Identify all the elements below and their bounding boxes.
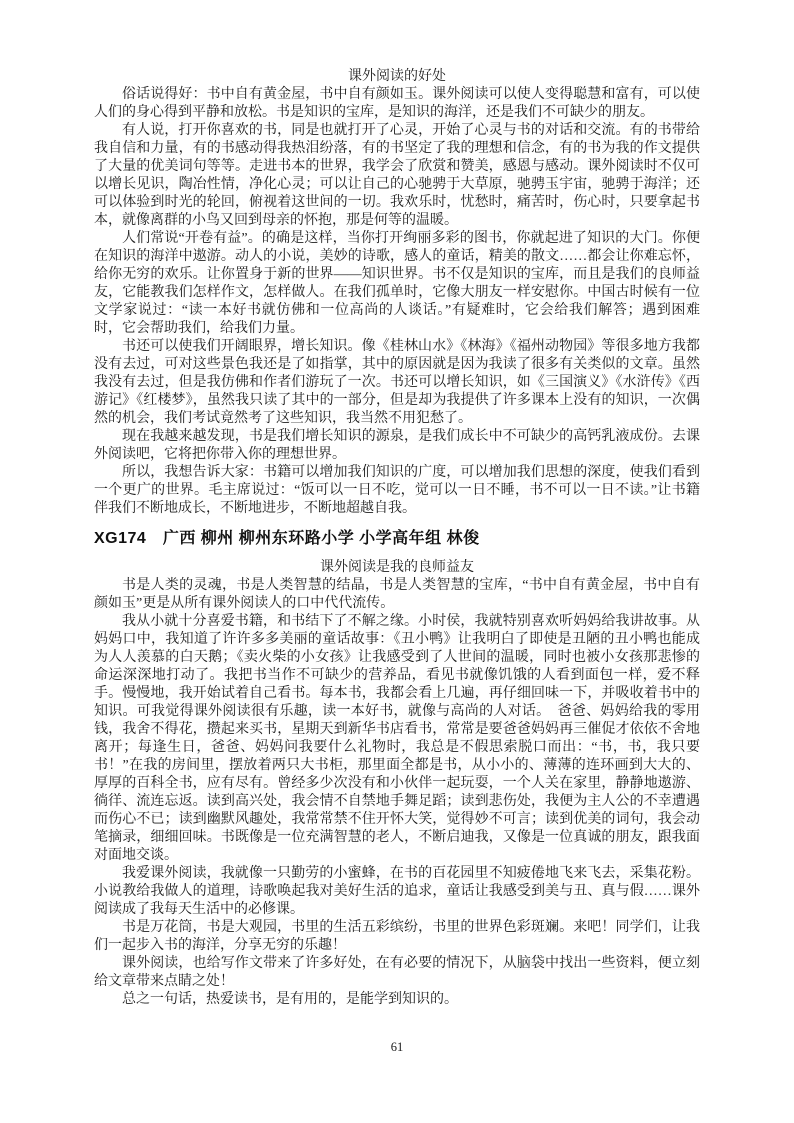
page-number: 61 [94, 1039, 700, 1055]
essay2-paragraph-2: 我从小就十分喜爱书籍，和书结下了不解之缘。小时侯，我就特别喜欢听妈妈给我讲故事。… [94, 613, 700, 865]
essay1-paragraph-3: 人们常说“开卷有益”。的确是这样，当你打开绚丽多彩的图书，你就起进了知识的大门。… [94, 230, 700, 338]
essay1-title: 课外阅读的好处 [94, 68, 700, 86]
essay2-paragraph-4: 书是万花筒，书是大观园，书里的生活五彩缤纷，书里的世界色彩斑斓。来吧！同学们，让… [94, 919, 700, 955]
essay2-paragraph-3: 我爱课外阅读，我就像一只勤劳的小蜜蜂，在书的百花园里不知疲倦地飞来飞去，采集花粉… [94, 865, 700, 919]
entry-heading: XG174 广西 柳州 柳州东环路小学 小学高年组 林俊 [94, 529, 700, 549]
essay1-paragraph-6: 所以，我想告诉大家：书籍可以增加我们知识的广度，可以增加我们思想的深度，使我们看… [94, 464, 700, 518]
essay2-paragraph-1: 书是人类的灵魂，书是人类智慧的结晶，书是人类智慧的宝库，“书中自有黄金屋，书中自… [94, 577, 700, 613]
essay2-paragraph-5: 课外阅读，也给写作文带来了许多好处，在有必要的情况下，从脑袋中找出一些资料，便立… [94, 955, 700, 991]
essay2-paragraph-6: 总之一句话，热爱读书，是有用的，是能学到知识的。 [94, 991, 700, 1009]
essay1-paragraph-4: 书还可以使我们开阔眼界，增长知识。像《桂林山水》《林海》《福州动物园》等很多地方… [94, 338, 700, 428]
essay2-title: 课外阅读是我的良师益友 [94, 559, 700, 577]
essay1-paragraph-5: 现在我越来越发现，书是我们增长知识的源泉，是我们成长中不可缺少的高钙乳液成份。去… [94, 428, 700, 464]
essay1-paragraph-2: 有人说，打开你喜欢的书，同是也就打开了心灵，开始了心灵与书的对话和交流。有的书带… [94, 122, 700, 230]
document-page: 课外阅读的好处 俗话说得好：书中自有黄金屋，书中自有颜如玉。课外阅读可以使人变得… [0, 0, 794, 1123]
essay1-paragraph-1: 俗话说得好：书中自有黄金屋，书中自有颜如玉。课外阅读可以使人变得聪慧和富有，可以… [94, 86, 700, 122]
